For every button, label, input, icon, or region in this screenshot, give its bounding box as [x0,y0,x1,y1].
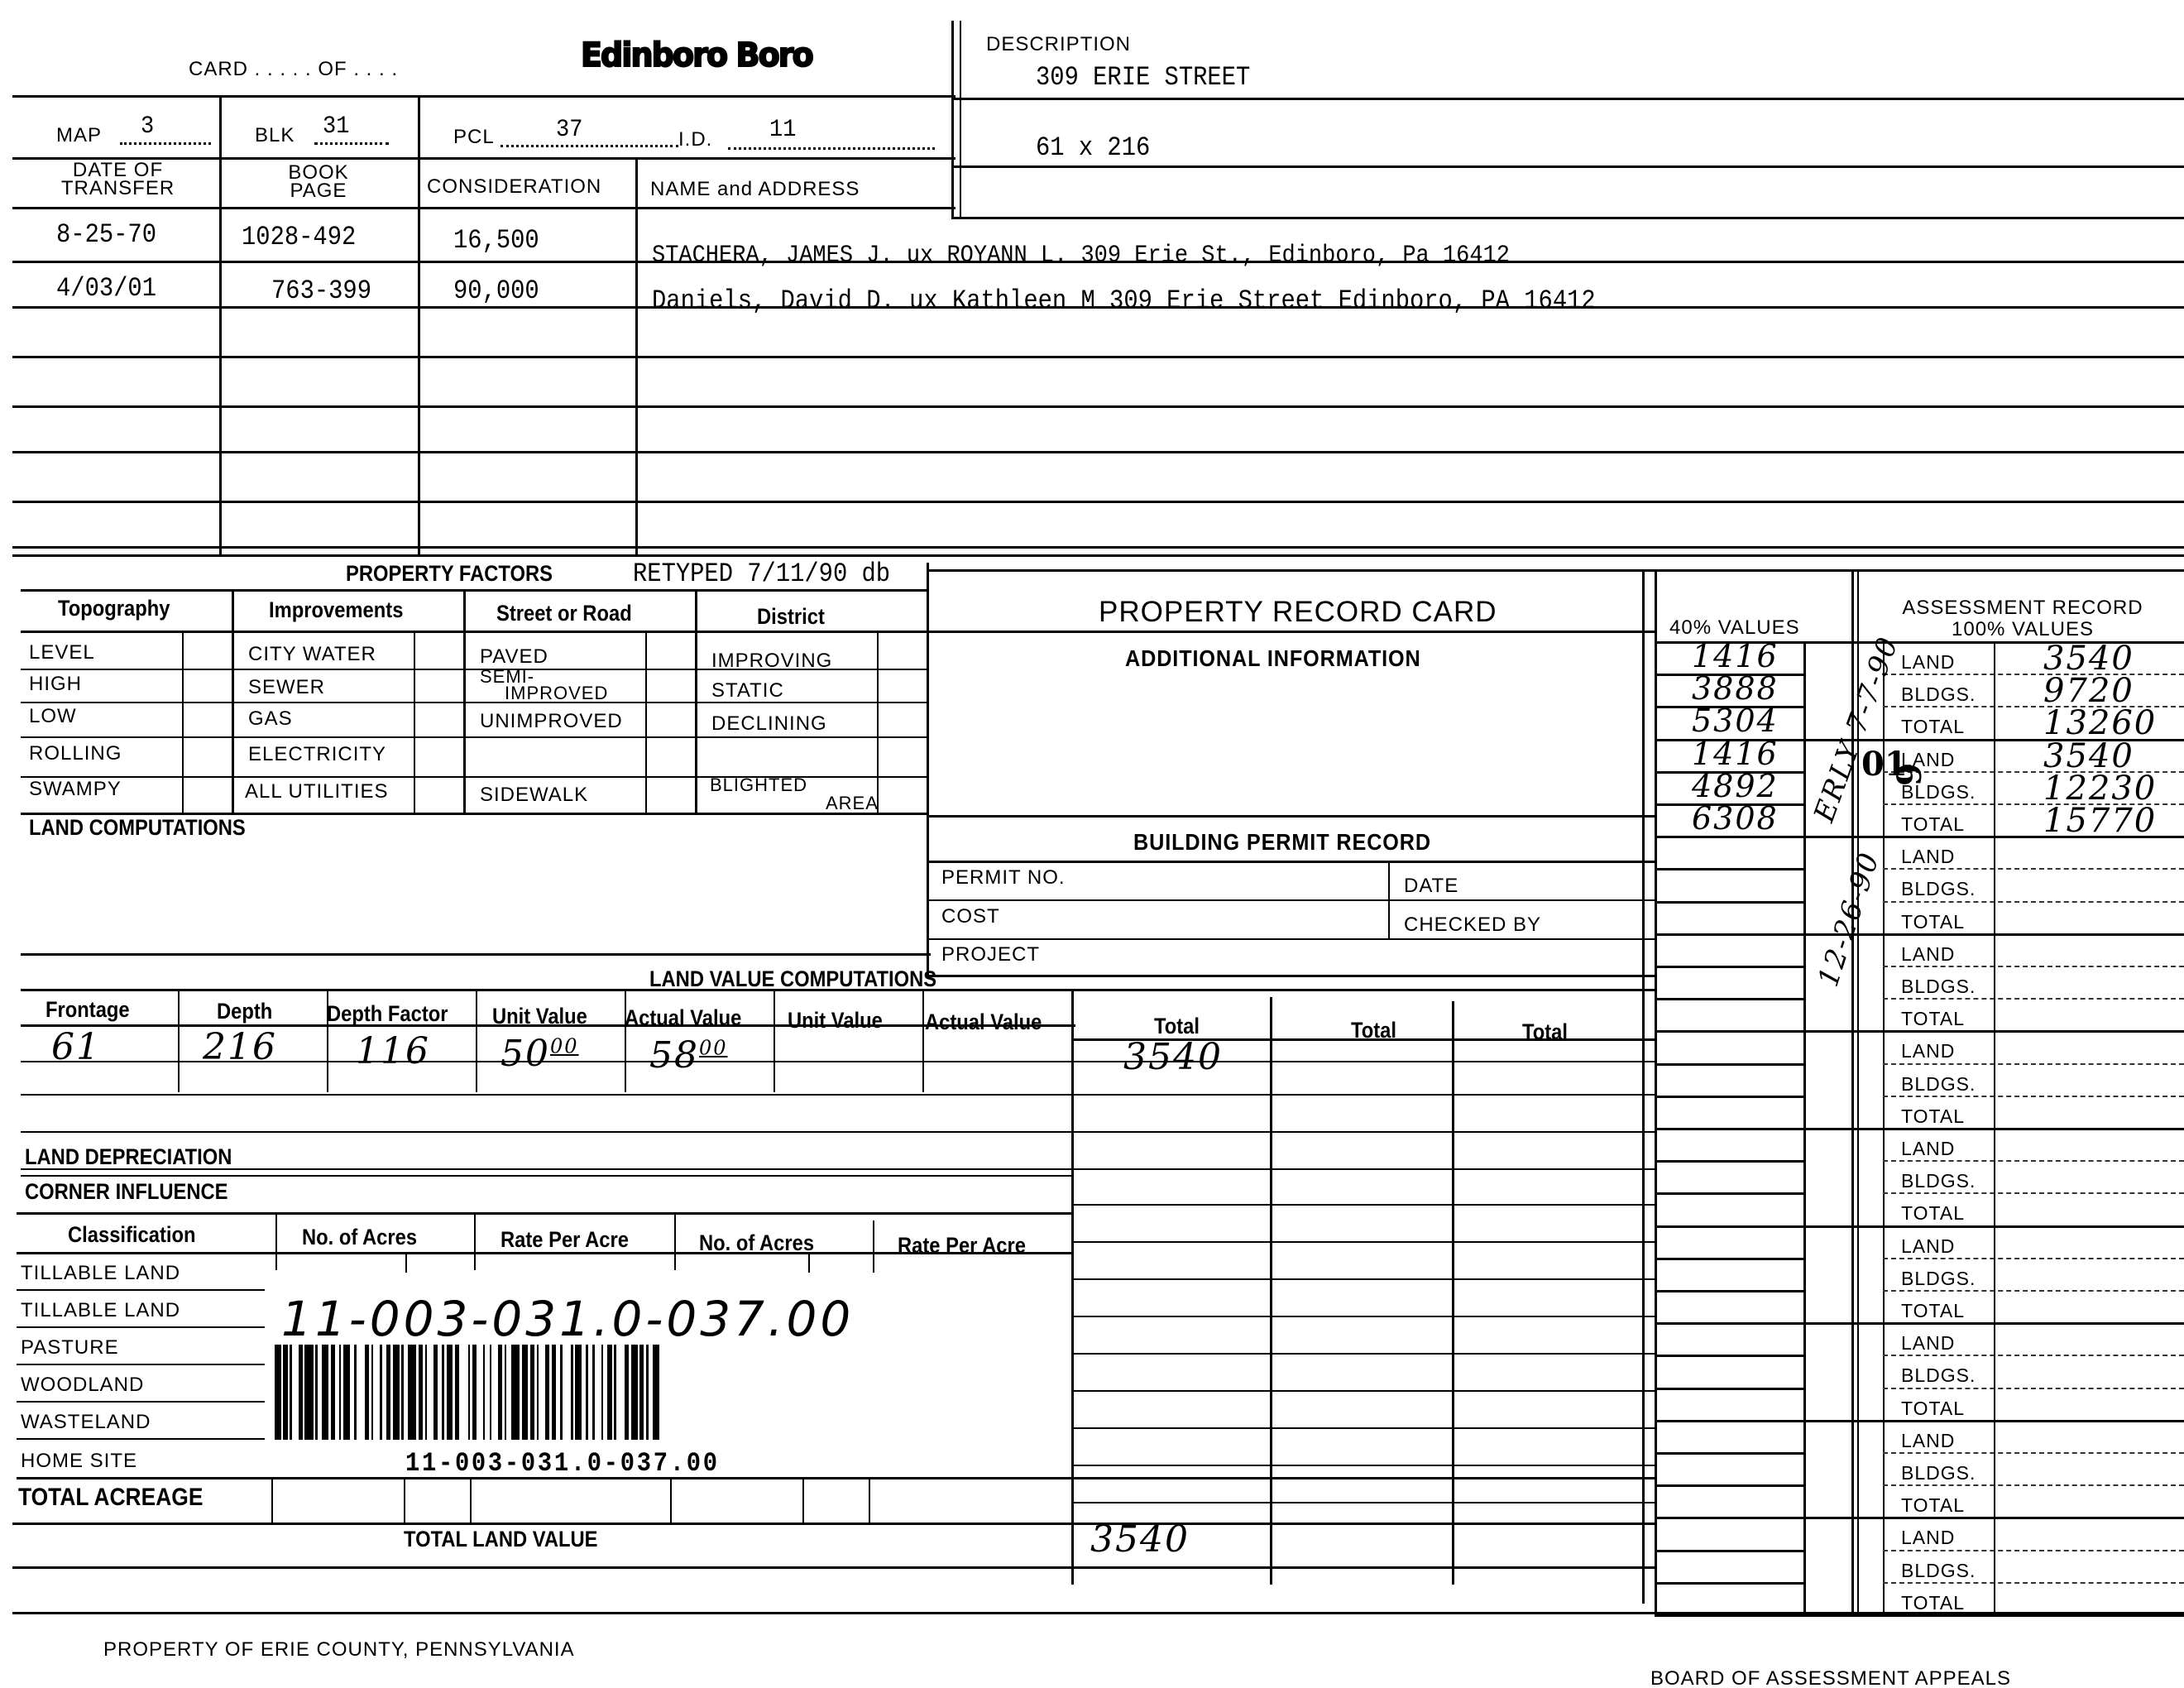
col-frontage: Frontage [45,997,130,1023]
rule [1655,966,1803,968]
parcel-id-handwritten: 11-003-031.0-037.00 [281,1291,854,1347]
divider [327,989,328,1092]
assessment-row-label: LAND [1901,651,1955,674]
street-sidewalk[interactable]: SIDEWALK [480,784,588,807]
retyped-note: RETYPED 7/11/90 db [633,559,890,589]
rule [1655,1290,1803,1292]
rule [1071,1316,1655,1317]
assessment-row-label: TOTAL [1901,1008,1965,1030]
blk-label: BLK [255,124,295,147]
divider [1994,641,1995,1612]
assessment-row-label: BLDGS. [1901,1073,1976,1096]
rule [1803,1517,1886,1519]
divider [404,1477,405,1523]
improvements-gas[interactable]: GAS [248,707,293,731]
assessment-row-label: BLDGS. [1901,1364,1976,1387]
total-acreage-label: TOTAL ACREAGE [18,1484,203,1512]
rule [927,938,1655,940]
rule [1655,1192,1803,1195]
improvements-header: Improvements [269,597,403,623]
rule [1883,1388,2184,1389]
assessment-row-label: LAND [1901,1527,1955,1549]
rule [951,165,2184,168]
divider [695,589,697,813]
date-header: DATE OF TRANSFER [17,161,219,198]
value-40[interactable]: 4892 [1692,768,1779,804]
checkbox-divider [414,631,415,813]
rule [17,1252,1071,1254]
barcode-bar [459,1345,467,1440]
value-40[interactable]: 3888 [1692,670,1779,707]
assessment-row-label: BLDGS. [1901,1462,1976,1484]
rule [21,1168,1655,1170]
rule [1883,674,2184,675]
map-dots [120,142,211,145]
assessment-row-label: BLDGS. [1901,683,1976,706]
assessment-row-label: BLDGS. [1901,1560,1976,1582]
divider [232,589,234,813]
rule [21,1094,1655,1096]
rule [1883,1420,2184,1422]
rule [1883,868,2184,870]
rule [951,98,2184,100]
col-rate-per-acre-2: Rate Per Acre [898,1233,1026,1259]
barcode-bar [322,1345,328,1440]
rule [1655,933,1803,936]
rule [1071,1278,1655,1280]
improvements-sewer[interactable]: SEWER [248,676,325,699]
divider [1642,569,1645,1604]
description-dimensions[interactable]: 61 x 216 [1036,132,1150,163]
divider [1803,641,1806,1612]
transfer-date[interactable]: 4/03/01 [56,273,156,304]
description-border [951,21,954,219]
rule [1655,1582,1803,1585]
rule [1883,1517,2184,1519]
rule [1655,1160,1803,1163]
rule [1803,1225,1886,1228]
acreage-row-label: HOME SITE [21,1450,137,1473]
assessment-row-label: TOTAL [1901,1300,1965,1322]
rule [1071,1465,1655,1466]
rule [1803,1420,1886,1422]
property-factors-title: PROPERTY FACTORS [346,561,553,587]
rule [21,989,1655,991]
rule [1883,1225,2184,1228]
barcode-bar [427,1345,433,1440]
barcode-bar [357,1345,365,1440]
rule [1655,1484,1803,1487]
street-paved[interactable]: PAVED [480,645,548,669]
rule [17,1438,265,1440]
barcode-bar [275,1345,281,1440]
rule [1071,1353,1655,1355]
assessment-row-label: TOTAL [1901,1398,1965,1420]
transfer-book-page[interactable]: 1028-492 [242,222,356,252]
col-total-3: Total [1522,1019,1568,1045]
street-semi-improved[interactable]: SEMI- IMPROVED [480,669,608,702]
rule [1883,1322,2184,1325]
divider [808,1252,810,1273]
checkbox-divider [645,631,647,813]
rule [1655,1322,1803,1325]
rule [927,631,1655,633]
barcode-bar [563,1345,571,1440]
rule [951,217,2184,219]
divider [927,563,929,976]
permit-checked-by-label: CHECKED BY [1404,914,1541,937]
rule [1655,1550,1803,1552]
acreage-row-label: TILLABLE LAND [21,1299,180,1322]
land-depreciation-label: LAND DEPRECIATION [25,1144,232,1170]
rule [1883,739,2184,741]
street-unimproved[interactable]: UNIMPROVED [480,710,623,733]
divider [869,1477,870,1523]
rule [1803,1030,1886,1033]
rule [21,631,927,633]
transfer-book-page[interactable]: 763-399 [271,276,371,306]
assessment-row-label: LAND [1901,1332,1955,1355]
card-of-label: CARD . . . . . OF . . . . [189,58,398,81]
rule [1071,1204,1655,1206]
rule [1883,1160,2184,1162]
col-no-of-acres: No. of Acres [302,1225,417,1250]
col-actual-value: Actual Value [625,1005,741,1031]
rule [12,356,2184,358]
barcode-bar [631,1345,638,1440]
rule [1655,1355,1803,1357]
divider [418,95,420,554]
divider [773,989,775,1092]
barcode-bar [595,1345,601,1440]
rule [12,207,955,209]
rule [1883,1258,2184,1259]
rule [21,1131,1655,1133]
rule [17,1212,1071,1215]
rule [1803,1128,1886,1130]
topography-low[interactable]: LOW [29,705,77,728]
divider [873,1220,874,1273]
rule [1883,1355,2184,1356]
topography-header: Topography [58,596,170,621]
rule [1655,998,1803,1000]
footer-owner: PROPERTY OF ERIE COUNTY, PENNSYLVANIA [103,1638,575,1662]
assessment-row-label: TOTAL [1901,716,1965,738]
rule [12,451,2184,453]
assessment-row-label: LAND [1901,846,1955,868]
rule [1883,836,2184,838]
col-depth-factor: Depth Factor [327,1001,448,1027]
barcode-bar [659,1345,662,1440]
assessment-row-label: BLDGS. [1901,976,1976,998]
annotation-lower: 12-26-90 [1812,847,1886,990]
divider [275,1212,277,1270]
district-static[interactable]: STATIC [711,679,784,703]
rule [1655,901,1803,904]
assessment-row-label: LAND [1901,1430,1955,1452]
rule [1071,1390,1655,1392]
assessment-total-value[interactable]: 15770 [2043,802,2157,840]
description-address[interactable]: 309 ERIE STREET [1036,62,1250,93]
rule [12,1523,1655,1525]
divider [922,989,924,1092]
rule [17,1289,265,1291]
rule [1803,836,1886,838]
divider [674,1212,676,1270]
additional-information-title: ADDITIONAL INFORMATION [1125,645,1421,672]
rule [1655,1517,1803,1519]
divider [470,1477,472,1523]
permit-cost-label: COST [941,905,1000,928]
assessment-row-label: LAND [1901,943,1955,966]
map-label: MAP [56,124,102,147]
rule [1655,868,1803,870]
property-record-card-title: PROPERTY RECORD CARD [1099,596,1497,629]
permit-no-label: PERMIT NO. [941,866,1066,890]
improvements-all-utilities[interactable]: ALL UTILITIES [245,780,389,803]
improvements-electricity[interactable]: ELECTRICITY [248,743,386,766]
topography-level[interactable]: LEVEL [29,641,95,664]
rule [1883,1063,2184,1065]
col-rate-per-acre: Rate Per Acre [500,1227,629,1253]
acreage-row-label: PASTURE [21,1336,119,1360]
name-address-header: NAME and ADDRESS [650,178,860,201]
acreage-row-label: WOODLAND [21,1374,144,1397]
rule [17,1364,265,1365]
id-dots [728,147,935,150]
permit-project-label: PROJECT [941,943,1040,966]
corner-influence-label: CORNER INFLUENCE [25,1179,228,1205]
rule [1655,1452,1803,1455]
assessment-row-label: BLDGS. [1901,878,1976,900]
rule [1883,901,2184,903]
rule [12,554,2184,557]
barcode-bar [477,1345,483,1440]
barcode-bar [343,1345,350,1440]
improvements-city-water[interactable]: CITY WATER [248,643,376,666]
rule [12,546,2184,549]
rule [1883,1484,2184,1486]
rule [1655,1258,1803,1260]
pcl-dots [500,145,678,147]
depth-factor-value[interactable]: 116 [356,1030,430,1072]
transfer-date[interactable]: 8-25-70 [56,219,156,250]
divider [271,1477,273,1523]
total-land-value-label: TOTAL LAND VALUE [404,1527,598,1552]
rule [927,975,1655,977]
divider [1270,997,1272,1585]
rule [1883,1030,2184,1033]
col-classification: Classification [68,1222,195,1248]
parcel-barcode [275,1345,928,1440]
col-actual-value-2: Actual Value [925,1009,1042,1035]
rule [1883,966,2184,967]
rule [1883,1550,2184,1551]
building-permit-record-title: BUILDING PERMIT RECORD [1133,829,1431,856]
assessment-row-label: TOTAL [1901,1202,1965,1225]
rule [12,1566,1655,1569]
rule [1655,1420,1803,1422]
actual-value-value[interactable]: 5800 [649,1034,728,1077]
rule [1883,1614,2184,1617]
rule [1655,1096,1803,1098]
district-blighted-area[interactable]: BLIGHTED AREA [710,776,879,813]
rule [927,861,1655,863]
barcode-bar [373,1345,380,1440]
transfer-consideration[interactable]: 16,500 [453,225,539,256]
assessment-row-label: TOTAL [1901,911,1965,933]
rule [1803,1614,1886,1617]
assessment-row-label: TOTAL [1901,813,1965,836]
barcode-bar [539,1345,545,1440]
transfer-name-address[interactable]: Daniels, David D. ux Kathleen M 309 Erie… [652,285,1596,316]
topography-swampy[interactable]: SWAMPY [29,778,122,801]
values-40-header: 40% VALUES [1669,616,1800,640]
rule [1071,1427,1655,1429]
assessment-record-title: ASSESSMENT RECORD 100% VALUES [1870,597,2176,640]
id-value[interactable]: 11 [769,116,796,144]
barcode-bar [653,1345,659,1440]
assessment-row-label: TOTAL [1901,1592,1965,1614]
acreage-row-label: TILLABLE LAND [21,1262,180,1285]
divider [474,1212,476,1270]
value-40[interactable]: 5304 [1692,703,1779,739]
street-road-header: Street or Road [496,601,632,626]
rule [21,736,927,738]
rule [927,899,1655,901]
district-header: District [757,604,825,630]
parcel-id-printed: 11-003-031.0-037.00 [405,1448,720,1479]
assessment-row-label: BLDGS. [1901,1170,1976,1192]
pcl-label: PCL [453,126,495,149]
assessment-row-label: TOTAL [1901,1494,1965,1517]
rule [1883,933,2184,936]
rule [1071,1502,1655,1503]
description-label: DESCRIPTION [986,33,1131,56]
col-depth: Depth [217,999,272,1024]
blk-dots [314,142,389,145]
barcode-bar [292,1345,299,1440]
divider [802,1477,804,1523]
checkbox-divider [182,631,184,813]
value-40[interactable]: 1416 [1692,638,1779,674]
consideration-header: CONSIDERATION [427,175,601,199]
rule [21,953,931,956]
footer-board: BOARD OF ASSESSMENT APPEALS [1650,1667,2011,1688]
rule [1803,1322,1886,1325]
rule [21,1061,1655,1062]
land-total-value[interactable]: 3540 [1123,1036,1223,1078]
rule [927,569,2184,572]
rule [927,815,1655,818]
blk-value[interactable]: 31 [323,113,349,141]
rule [1071,1241,1655,1243]
rule [1655,1063,1803,1066]
rule [12,501,2184,503]
rule [1655,1388,1803,1390]
barcode-bar [304,1345,313,1440]
land-computations-title: LAND COMPUTATIONS [29,815,246,841]
rule [1655,1614,1803,1617]
pcl-value[interactable]: 37 [556,116,582,144]
transfer-consideration[interactable]: 90,000 [453,276,539,306]
barcode-bar [491,1345,498,1440]
rule [1883,1096,2184,1097]
barcode-bar [393,1345,400,1440]
barcode-bar [522,1345,529,1440]
assessment-row-label: BLDGS. [1901,1268,1976,1290]
rule [21,1175,1071,1177]
transfer-name-address[interactable]: STACHERA, JAMES J. ux ROYANN L. 309 Erie… [652,242,1510,270]
description-border [960,21,961,219]
topography-high[interactable]: HIGH [29,673,82,696]
rule [1655,1225,1803,1228]
divider [625,989,626,1092]
stamp-lower: 9 [1890,763,1929,786]
rule [21,702,927,703]
barcode-bar [575,1345,582,1440]
rule [1655,1128,1803,1130]
barcode-bar [447,1345,453,1440]
topography-rolling[interactable]: ROLLING [29,742,122,765]
divider [178,989,180,1092]
divider [1452,1001,1454,1585]
divider [476,989,477,1092]
rule [17,1401,265,1403]
permit-date-label: DATE [1404,875,1458,898]
assessment-row-label: TOTAL [1901,1105,1965,1128]
divider [1071,989,1074,1585]
book-page-header: BOOK PAGE [219,164,418,200]
rule [17,1326,265,1328]
barcode-bar [511,1345,520,1440]
rule [1655,1030,1803,1033]
divider [1883,641,1885,1612]
assessment-row-label: LAND [1901,1235,1955,1258]
rule [1883,1290,2184,1292]
assessment-row-label: LAND [1901,1040,1955,1062]
map-value[interactable]: 3 [141,113,154,141]
divider [405,1252,407,1273]
assessment-row-label: LAND [1901,1138,1955,1160]
barcode-bar [408,1345,416,1440]
value-40[interactable]: 1416 [1692,736,1779,772]
rule [21,589,927,592]
col-unit-value-2: Unit Value [788,1008,883,1033]
rule [1883,1582,2184,1584]
rule [17,1477,1655,1479]
rule [1883,1452,2184,1454]
rule [1883,998,2184,1000]
total-land-value[interactable]: 3540 [1090,1518,1190,1561]
district-improving[interactable]: IMPROVING [711,650,832,673]
rule [12,405,2184,408]
district-declining[interactable]: DECLINING [711,712,827,736]
id-label: I.D. [678,128,712,151]
divider [463,589,466,813]
unit-value-value[interactable]: 5000 [500,1033,579,1075]
barcode-bar [616,1345,625,1440]
municipality-title: Edinboro Boro [581,36,812,74]
value-40[interactable]: 6308 [1692,800,1779,837]
rule [1883,1128,2184,1130]
divider [670,1477,672,1523]
acreage-row-label: WASTELAND [21,1411,151,1434]
rule [1883,1192,2184,1194]
rule [12,95,955,98]
divider [1655,569,1657,1612]
